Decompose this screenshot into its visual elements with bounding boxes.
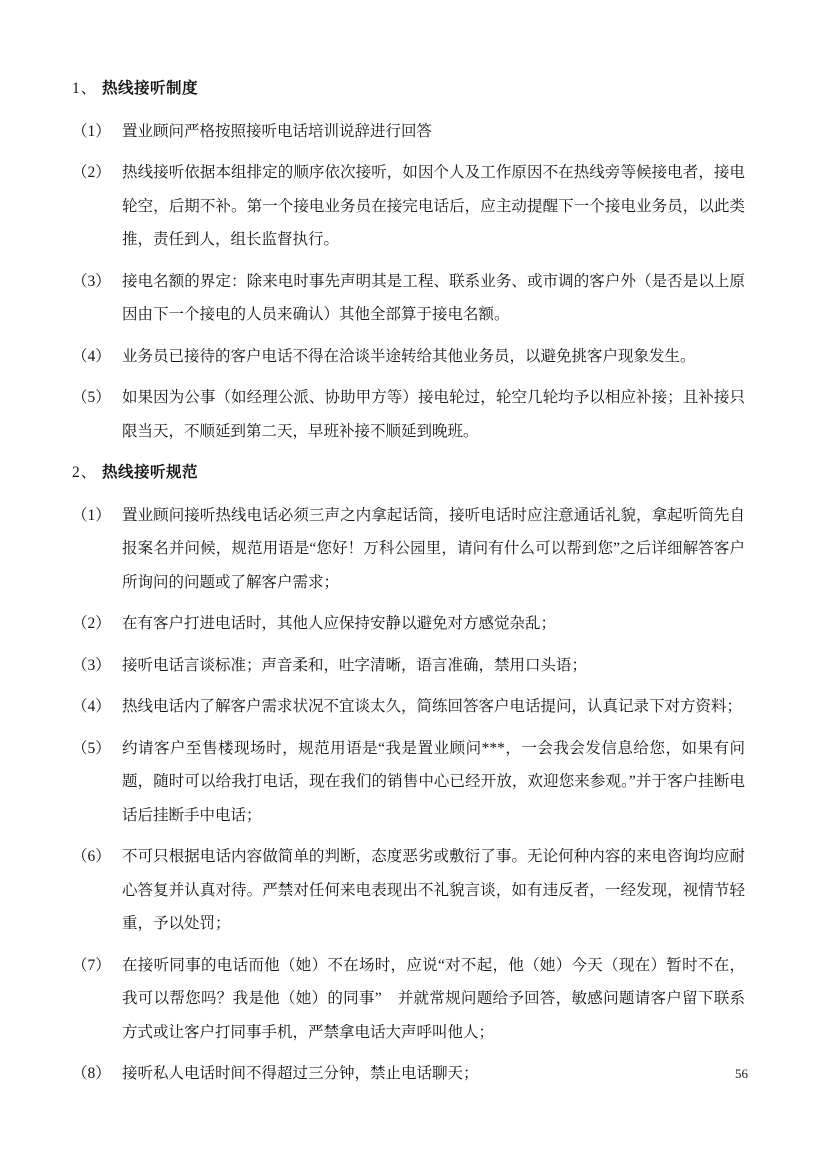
list-item: （1） 置业顾问接听热线电话必须三声之内拿起话筒，接听电话时应注意通话礼貌，拿起… xyxy=(72,499,745,600)
item-text: 接听电话言谈标准；声音柔和，吐字清晰，语言准确，禁用口头语； xyxy=(122,649,745,683)
item-text: 业务员已接待的客户电话不得在洽谈半途转给其他业务员，以避免挑客户现象发生。 xyxy=(122,340,745,374)
document-body: 1、 热线接听制度 （1） 置业顾问严格按照接听电话培训说辞进行回答 （2） 热… xyxy=(72,72,745,1099)
section-heading: 2、 热线接听规范 xyxy=(72,456,745,490)
item-number: （7） xyxy=(72,949,122,983)
list-item: （7） 在接听同事的电话而他（她）不在场时，应说“对不起，他（她）今天（现在）暂… xyxy=(72,949,745,1050)
item-text: 热线接听依据本组排定的顺序依次接听，如因个人及工作原因不在热线旁等候接电者，接电… xyxy=(122,156,745,257)
list-item: （2） 在有客户打进电话时，其他人应保持安静以避免对方感觉杂乱； xyxy=(72,607,745,641)
list-item: （1） 置业顾问严格按照接听电话培训说辞进行回答 xyxy=(72,115,745,149)
item-number: （3） xyxy=(72,649,122,683)
section-heading: 1、 热线接听制度 xyxy=(72,72,745,106)
item-text: 在有客户打进电话时，其他人应保持安静以避免对方感觉杂乱； xyxy=(122,607,745,641)
item-text: 不可只根据电话内容做简单的判断，态度恶劣或敷衍了事。无论何种内容的来电咨询均应耐… xyxy=(122,840,745,941)
item-number: （5） xyxy=(72,732,122,766)
item-number: （1） xyxy=(72,499,122,533)
item-number: （5） xyxy=(72,381,122,415)
item-text: 置业顾问接听热线电话必须三声之内拿起话筒，接听电话时应注意通话礼貌，拿起听筒先自… xyxy=(122,499,745,600)
section: 1、 热线接听制度 （1） 置业顾问严格按照接听电话培训说辞进行回答 （2） 热… xyxy=(72,72,745,448)
item-text: 如果因为公事（如经理公派、协助甲方等）接电轮过，轮空几轮均予以相应补接；且补接只… xyxy=(122,381,745,448)
list-item: （3） 接电名额的界定：除来电时事先声明其是工程、联系业务、或市调的客户外（是否… xyxy=(72,265,745,332)
section-title: 热线接听制度 xyxy=(102,72,198,106)
item-text: 置业顾问严格按照接听电话培训说辞进行回答 xyxy=(122,115,745,149)
list-item: （3） 接听电话言谈标准；声音柔和，吐字清晰，语言准确，禁用口头语； xyxy=(72,649,745,683)
section-number: 1、 xyxy=(72,72,102,106)
section: 2、 热线接听规范 （1） 置业顾问接听热线电话必须三声之内拿起话筒，接听电话时… xyxy=(72,456,745,1091)
item-number: （8） xyxy=(72,1057,122,1091)
item-number: （6） xyxy=(72,840,122,874)
item-number: （3） xyxy=(72,265,122,299)
list-item: （4） 热线电话内了解客户需求状况不宜谈太久，简练回答客户电话提问，认真记录下对… xyxy=(72,690,745,724)
item-text: 接听私人电话时间不得超过三分钟，禁止电话聊天； xyxy=(122,1057,745,1091)
section-number: 2、 xyxy=(72,456,102,490)
list-item: （5） 约请客户至售楼现场时，规范用语是“我是置业顾问***，一会我会发信息给您… xyxy=(72,732,745,833)
item-number: （2） xyxy=(72,156,122,190)
list-item: （5） 如果因为公事（如经理公派、协助甲方等）接电轮过，轮空几轮均予以相应补接；… xyxy=(72,381,745,448)
document-page: 1、 热线接听制度 （1） 置业顾问严格按照接听电话培训说辞进行回答 （2） 热… xyxy=(0,0,820,1159)
list-item: （4） 业务员已接待的客户电话不得在洽谈半途转给其他业务员，以避免挑客户现象发生… xyxy=(72,340,745,374)
item-number: （4） xyxy=(72,340,122,374)
section-title: 热线接听规范 xyxy=(102,456,198,490)
section-items: （1） 置业顾问严格按照接听电话培训说辞进行回答 （2） 热线接听依据本组排定的… xyxy=(72,115,745,449)
item-text: 约请客户至售楼现场时，规范用语是“我是置业顾问***，一会我会发信息给您，如果有… xyxy=(122,732,745,833)
item-number: （4） xyxy=(72,690,122,724)
page-number: 56 xyxy=(735,1066,748,1082)
section-items: （1） 置业顾问接听热线电话必须三声之内拿起话筒，接听电话时应注意通话礼貌，拿起… xyxy=(72,499,745,1091)
item-text: 在接听同事的电话而他（她）不在场时，应说“对不起，他（她）今天（现在）暂时不在，… xyxy=(122,949,745,1050)
item-number: （1） xyxy=(72,115,122,149)
list-item: （6） 不可只根据电话内容做简单的判断，态度恶劣或敷衍了事。无论何种内容的来电咨… xyxy=(72,840,745,941)
item-text: 热线电话内了解客户需求状况不宜谈太久，简练回答客户电话提问，认真记录下对方资料； xyxy=(122,690,745,724)
item-text: 接电名额的界定：除来电时事先声明其是工程、联系业务、或市调的客户外（是否是以上原… xyxy=(122,265,745,332)
list-item: （2） 热线接听依据本组排定的顺序依次接听，如因个人及工作原因不在热线旁等候接电… xyxy=(72,156,745,257)
list-item: （8） 接听私人电话时间不得超过三分钟，禁止电话聊天； xyxy=(72,1057,745,1091)
item-number: （2） xyxy=(72,607,122,641)
